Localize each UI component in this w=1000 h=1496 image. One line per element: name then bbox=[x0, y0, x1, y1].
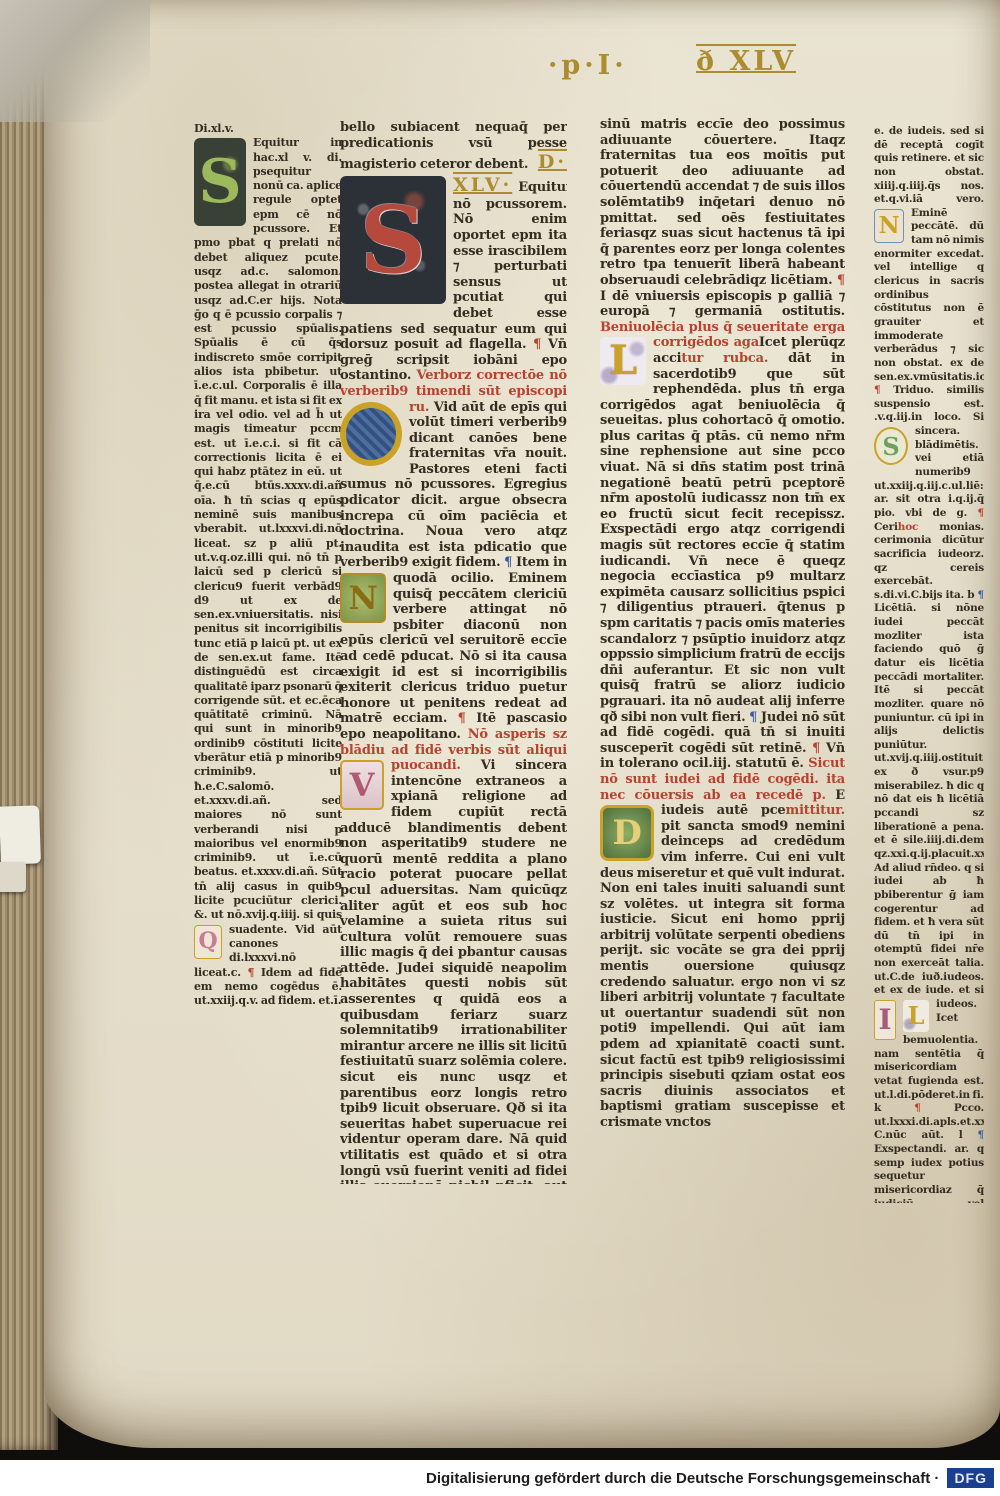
text-segment: Exspectandi. ar. q semp iudex potius seq… bbox=[874, 1143, 984, 1203]
illuminated-initial-L: L bbox=[600, 337, 646, 385]
text-segment: Di.xl.v. bbox=[194, 122, 342, 136]
text-segment: e. de iudeis. sed si dē receptā cogīt qu… bbox=[874, 125, 984, 205]
text-segment: ¶ bbox=[533, 337, 548, 352]
book-cover-corner bbox=[0, 0, 150, 122]
text-segment: iudeos. bbox=[936, 998, 977, 1010]
text-segment: ¶ bbox=[978, 589, 984, 601]
illuminated-initial-S: S bbox=[874, 427, 908, 465]
text-segment: ¶ bbox=[978, 507, 984, 519]
illuminated-initial-I: I bbox=[874, 1000, 896, 1040]
bookmark-tab-small bbox=[0, 862, 26, 892]
dfg-logo: DFG bbox=[947, 1468, 994, 1488]
text-segment: tur rubca. bbox=[681, 351, 788, 366]
illuminated-initial-S: S bbox=[194, 138, 246, 226]
left-gloss-column: Di.xl.v.SEquitur in hac.xl v. di. psequi… bbox=[194, 122, 342, 1190]
text-segment: mittitur. bbox=[786, 803, 845, 818]
illuminated-initial-S: S bbox=[340, 176, 446, 304]
text-segment: dāt in sacerdotib9 que sūt rephendēda. p… bbox=[600, 351, 845, 725]
illuminated-initial-D: D bbox=[600, 805, 654, 861]
manuscript-page: ·p·I· ð XLV Di.xl.v.SEquitur in hac.xl v… bbox=[44, 0, 1000, 1448]
text-segment: ¶ bbox=[504, 555, 516, 570]
text-segment: ¶ bbox=[874, 384, 893, 396]
main-text-column-right: sinū matris eccīe deo possimus adiuuante… bbox=[600, 117, 845, 1183]
text-segment: pit sancta smod9 nemini deinceps ad cred… bbox=[600, 819, 845, 1130]
text-segment: ¶ bbox=[914, 1102, 954, 1114]
illuminated-initial-N: N bbox=[340, 573, 386, 623]
text-segment: ¶ bbox=[812, 741, 826, 756]
running-header-distinction-number: ð XLV bbox=[696, 46, 796, 77]
text-segment: I dē vniuersis episcopis p galliā ⁊ euro… bbox=[600, 289, 845, 320]
text-segment: sinū matris eccīe deo possimus adiuuante… bbox=[600, 117, 845, 288]
text-segment: ¶ bbox=[837, 273, 845, 288]
text-segment: Licētiā. si nōne iudei peccāt mozliter i… bbox=[874, 602, 984, 996]
text-segment: Ceri bbox=[874, 521, 898, 533]
digitization-credit-text: Digitalisierung gefördert durch die Deut… bbox=[426, 1470, 939, 1487]
text-segment: ¶ bbox=[978, 1129, 984, 1141]
text-segment: hoc bbox=[898, 521, 940, 533]
bookmark-tab bbox=[0, 805, 41, 864]
illuminated-initial-L: L bbox=[903, 1000, 929, 1032]
main-text-column-left: bello subiacent nequaq̄ per predicationi… bbox=[340, 120, 567, 1184]
running-header-left: ·p·I· bbox=[548, 50, 628, 81]
text-segment: ¶ bbox=[458, 711, 477, 726]
text-segment: ¶ bbox=[247, 966, 260, 979]
text-segment: ¶ bbox=[749, 710, 761, 725]
manuscript-scan-scene: ·p·I· ð XLV Di.xl.v.SEquitur in hac.xl v… bbox=[0, 0, 1000, 1496]
illuminated-initial-N: N bbox=[874, 209, 904, 243]
text-segment: Vi sincera intencōne extraneos a xpianā … bbox=[340, 758, 567, 1184]
text-segment: Equitur in hac.xl v. di. psequitur nonū … bbox=[194, 136, 342, 935]
illuminated-initial-V: V bbox=[340, 760, 384, 810]
illuminated-initial-Q: Q bbox=[194, 925, 222, 959]
right-gloss-column: e. de iudeis. sed si dē receptā cogīt qu… bbox=[874, 125, 984, 1203]
digitization-footer: Digitalisierung gefördert durch die Deut… bbox=[0, 1460, 1000, 1496]
illuminated-initial-Q: Q bbox=[340, 402, 402, 466]
